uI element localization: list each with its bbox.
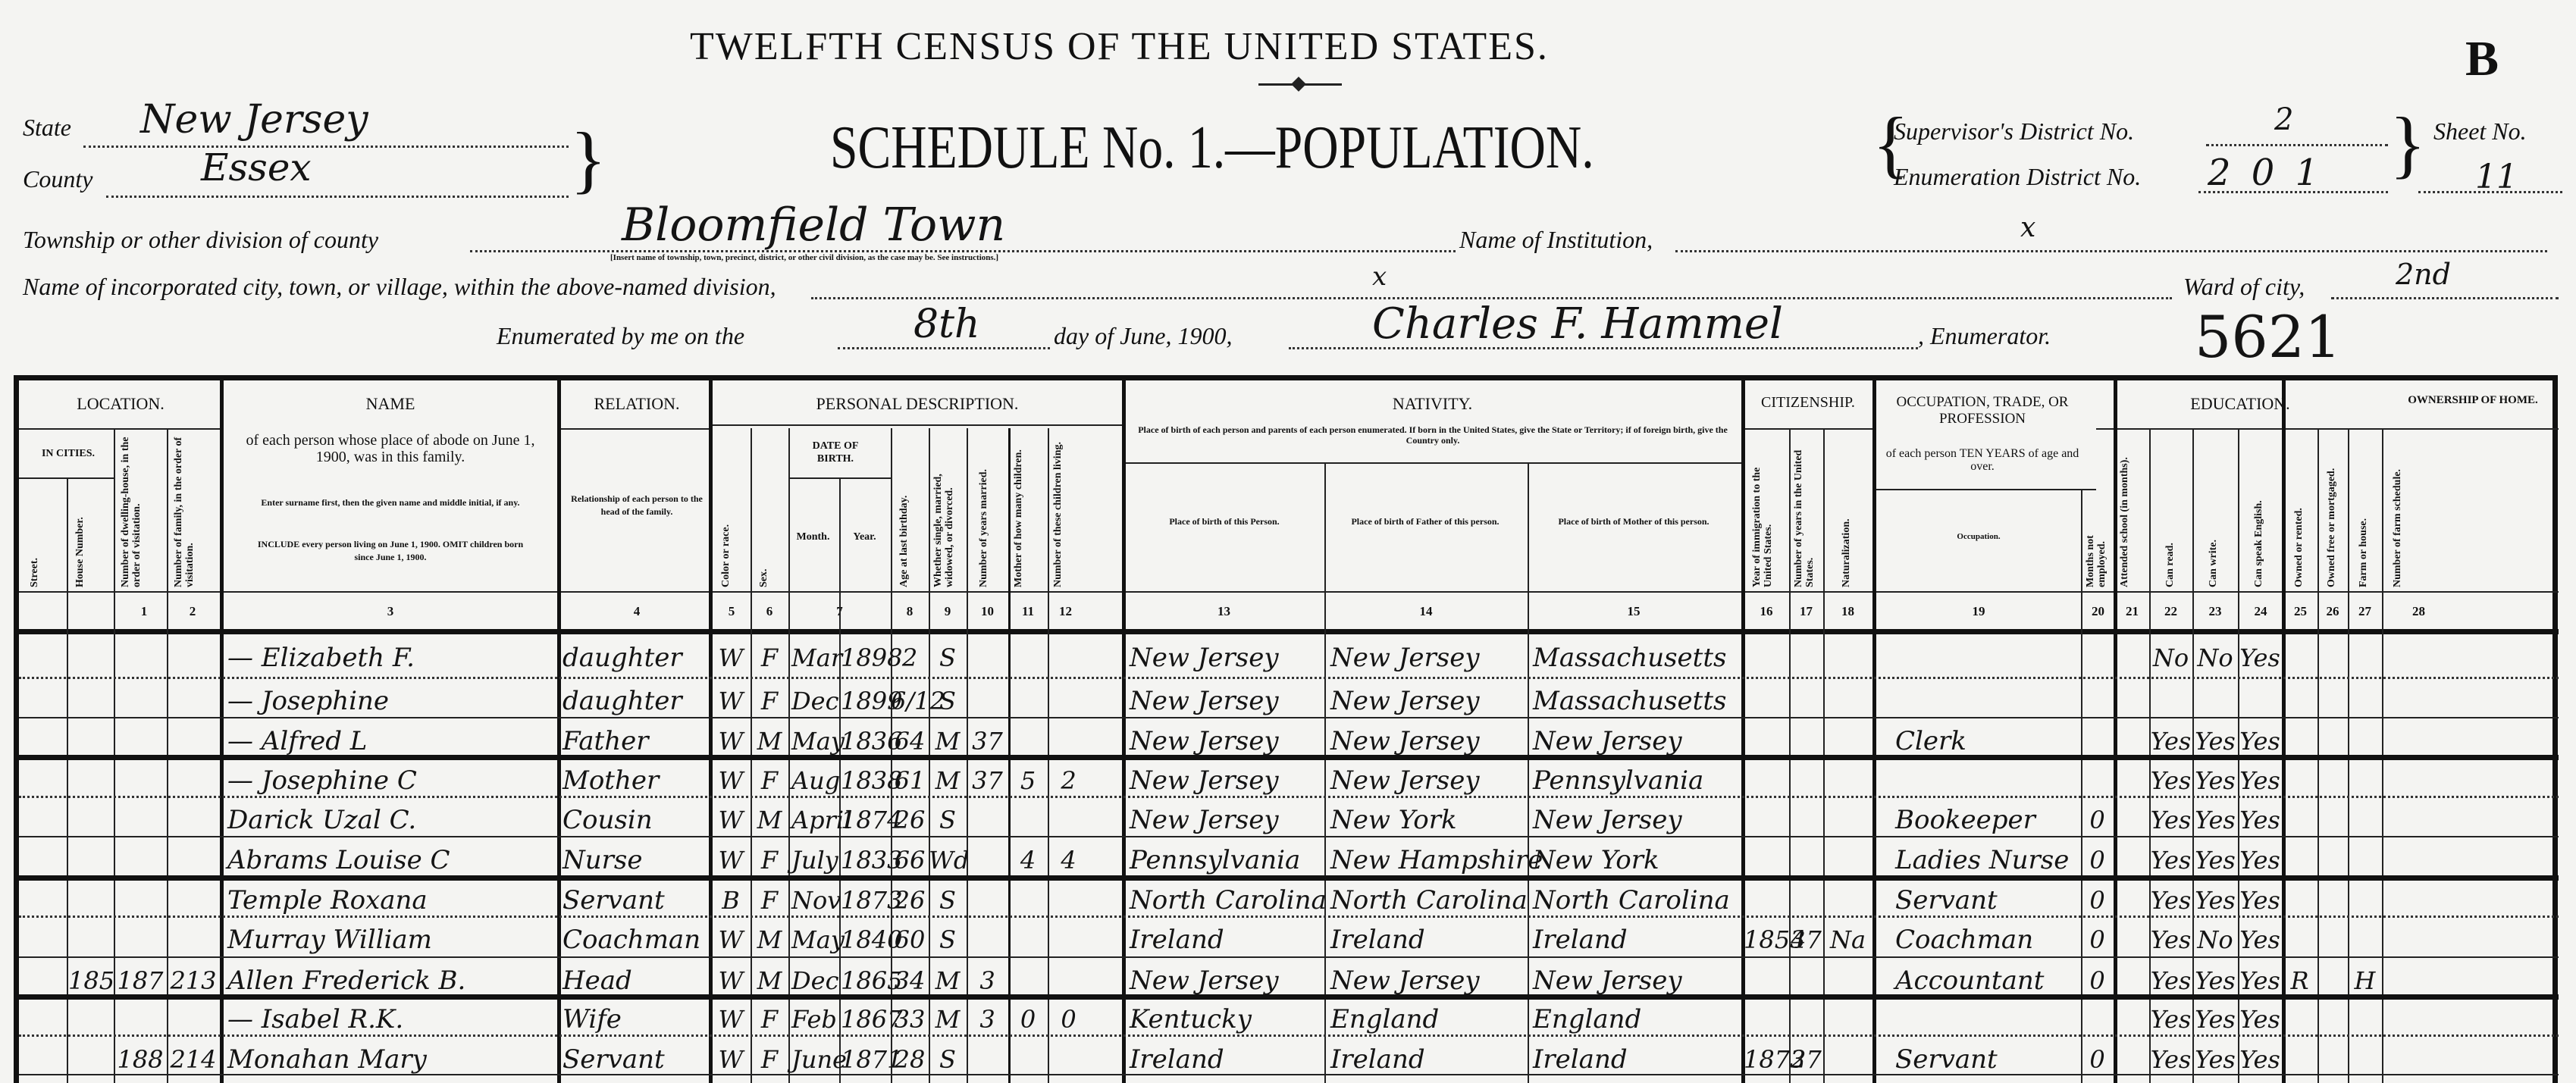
cell-birth-mother: New Jersey <box>1533 797 1739 843</box>
cell-birth-person: New Jersey <box>1130 758 1323 803</box>
cell-name: — Josephine <box>227 678 553 724</box>
cell-english: Yes <box>2238 1037 2282 1082</box>
colnum-4: 4 <box>561 604 713 619</box>
colnum-3: 3 <box>224 604 557 619</box>
cell-months-unemployed: 0 <box>2081 917 2114 962</box>
colhead-farm-schedule: Number of farm schedule. <box>2392 440 2403 587</box>
sheet-value: 11 <box>2475 158 2518 196</box>
section-occupation: OCCUPATION, TRADE, OR PROFESSION <box>1876 394 2089 427</box>
colhead-owned-free: Owned free or mortgaged. <box>2326 440 2337 587</box>
cell-birth-person: Ireland <box>1130 1037 1323 1082</box>
cell-immigration: 1853 <box>1744 917 1789 962</box>
enumeration-label: Enumeration District No. <box>1894 163 2141 191</box>
cell-relation: daughter <box>563 635 707 681</box>
colhead-attended-school: Attended school (in months). <box>2119 440 2148 587</box>
section-ownership: OWNERSHIP OF HOME. <box>2390 394 2556 407</box>
enumerated-label: Enumerated by me on the <box>497 322 744 350</box>
cell-months-unemployed: 0 <box>2081 878 2114 923</box>
ward-value: 2nd <box>2396 258 2451 291</box>
district-brace-right: } <box>2390 106 2426 182</box>
cell-name: Darick Uzal C. <box>227 797 553 843</box>
colnum-21: 21 <box>2115 604 2149 619</box>
colnum-18: 18 <box>1823 604 1872 619</box>
state-label: State <box>23 114 71 142</box>
cell-years-married: 3 <box>967 997 1008 1042</box>
cell-sex: F <box>751 837 788 883</box>
cell-occupation: Bookeeper <box>1895 797 2081 843</box>
section-name: NAME <box>224 394 557 414</box>
colnum-17: 17 <box>1789 604 1823 619</box>
cell-marital: S <box>929 917 967 962</box>
cell-age: 61 <box>891 758 929 803</box>
cell-year: 1867 <box>841 997 891 1042</box>
colnum-25: 25 <box>2283 604 2317 619</box>
cell-year: 1871 <box>841 1037 891 1082</box>
cell-write: Yes <box>2192 718 2238 764</box>
cell-month: Feb <box>791 997 839 1042</box>
cell-month: Aug <box>791 758 839 803</box>
colnum-15: 15 <box>1528 604 1740 619</box>
cell-birth-father: New York <box>1330 797 1526 843</box>
cell-year: 1840 <box>841 917 891 962</box>
cell-month: Mar <box>791 635 839 681</box>
stamp-number: 5621 <box>2195 303 2341 371</box>
colnum-22: 22 <box>2149 604 2192 619</box>
township-instruction: [Insert name of township, town, precinct… <box>610 253 998 262</box>
township-value: Bloomfield Town <box>622 199 1005 252</box>
cell-age: 64 <box>891 718 929 764</box>
cell-relation: Cousin <box>563 797 707 843</box>
cell-name: Temple Roxana <box>227 878 553 923</box>
sheet-letter: B <box>2465 30 2499 88</box>
cell-month: May <box>791 718 839 764</box>
cell-color: B <box>711 878 751 923</box>
enumerator-signature: Charles F. Hammel <box>1372 299 1783 349</box>
cell-sex: F <box>751 1037 788 1082</box>
institution-value: x <box>2020 212 2035 243</box>
cell-birth-person: Ireland <box>1130 917 1323 962</box>
cell-birth-father: New Jersey <box>1330 678 1526 724</box>
colnum-20: 20 <box>2081 604 2115 619</box>
cell-marital: S <box>929 678 967 724</box>
enumerated-day: 8th <box>914 302 979 347</box>
cell-relation: daughter <box>563 678 707 724</box>
cell-age: 28 <box>891 1037 929 1082</box>
cell-relation: Mother <box>563 758 707 803</box>
cell-year: 1833 <box>841 837 891 883</box>
cell-relation: Servant <box>563 878 707 923</box>
cell-write: Yes <box>2192 878 2238 923</box>
cell-birth-mother: New Jersey <box>1533 718 1739 764</box>
colnum-16: 16 <box>1744 604 1789 619</box>
cell-year: 1898 <box>841 635 891 681</box>
cell-birth-person: New Jersey <box>1130 797 1323 843</box>
cell-dwelling: 187 <box>114 958 167 1003</box>
schedule-title: SCHEDULE No. 1.—POPULATION. <box>830 114 1594 183</box>
cell-birth-mother: Ireland <box>1533 1037 1739 1082</box>
cell-living: 4 <box>1048 837 1089 883</box>
cell-birth-mother: Ireland <box>1533 917 1739 962</box>
cell-naturalization: Na <box>1823 917 1872 962</box>
colnum-10: 10 <box>967 604 1008 619</box>
cell-marital: S <box>929 797 967 843</box>
cell-color: W <box>711 678 751 724</box>
cell-year: 1899 <box>841 678 891 724</box>
cell-write: Yes <box>2192 1037 2238 1082</box>
cell-read: Yes <box>2149 758 2192 803</box>
cell-write: No <box>2192 635 2238 681</box>
cell-relation: Nurse <box>563 837 707 883</box>
cell-years-married: 37 <box>967 758 1008 803</box>
institution-field-line <box>1675 250 2547 252</box>
name-instruction-surname: Enter surname first, then the given name… <box>250 496 531 509</box>
relation-description: Relationship of each person to the head … <box>569 493 705 518</box>
colhead-house-number: House Number. <box>74 485 86 587</box>
cell-family: 214 <box>167 1037 220 1082</box>
name-description: of each person whose place of abode on J… <box>243 432 538 465</box>
cell-write: Yes <box>2192 758 2238 803</box>
cell-occupation: Coachman <box>1895 917 2081 962</box>
cell-sex: F <box>751 997 788 1042</box>
title-ornament-diamond-icon <box>1291 77 1306 92</box>
supervisor-value: 2 <box>2274 102 2293 137</box>
ward-label: Ward of city, <box>2183 273 2305 301</box>
cell-birth-person: Pennsylvania <box>1130 837 1323 883</box>
colhead-street: Street. <box>29 485 40 587</box>
cell-sex: F <box>751 878 788 923</box>
county-value: Essex <box>201 146 312 189</box>
cell-write: Yes <box>2192 797 2238 843</box>
cell-sex: F <box>751 758 788 803</box>
cell-write: No <box>2192 917 2238 962</box>
cell-birth-father: Ireland <box>1330 1037 1526 1082</box>
cell-relation: Father <box>563 718 707 764</box>
cell-birth-father: New Hampshire <box>1330 837 1526 883</box>
cell-age: 26 <box>891 797 929 843</box>
colhead-speak-english: Can speak English. <box>2253 440 2264 587</box>
cell-year: 1838 <box>841 758 891 803</box>
cell-month: Nov <box>791 878 839 923</box>
cell-birth-father: New Jersey <box>1330 635 1526 681</box>
colhead-can-read: Can read. <box>2164 440 2176 587</box>
cell-month: April <box>791 797 839 843</box>
incorporated-label: Name of incorporated city, town, or vill… <box>23 273 776 301</box>
cell-marital: S <box>929 878 967 923</box>
colnum-26: 26 <box>2317 604 2348 619</box>
cell-birth-mother: Pennsylvania <box>1533 758 1739 803</box>
cell-year: 1873 <box>841 878 891 923</box>
cell-color: W <box>711 997 751 1042</box>
colhead-naturalization: Naturalization. <box>1841 440 1852 587</box>
cell-sex: M <box>751 917 788 962</box>
cell-sex: M <box>751 797 788 843</box>
sheet-label: Sheet No. <box>2433 117 2527 146</box>
colhead-immigration-year: Year of immigration to the United States… <box>1751 440 1782 587</box>
cell-read: Yes <box>2149 878 2192 923</box>
section-location: LOCATION. <box>21 394 220 414</box>
cell-mother-of: 5 <box>1008 758 1048 803</box>
cell-mother-of: 0 <box>1008 997 1048 1042</box>
cell-color: W <box>711 635 751 681</box>
cell-months-unemployed: 0 <box>2081 958 2114 1003</box>
colnum-1: 1 <box>114 604 174 619</box>
cell-read: Yes <box>2149 837 2192 883</box>
colnum-5: 5 <box>713 604 751 619</box>
cell-age: 6/12 <box>891 678 929 724</box>
colhead-dwelling: Number of dwelling-house, in the order o… <box>120 432 161 587</box>
colhead-mother-children: Mother of how many children. <box>1013 432 1043 587</box>
name-instruction-include: INCLUDE every person living on June 1, 1… <box>250 538 531 564</box>
cell-age: 66 <box>891 837 929 883</box>
cell-english: Yes <box>2238 837 2282 883</box>
cell-sex: M <box>751 718 788 764</box>
cell-birth-father: New Jersey <box>1330 758 1526 803</box>
cell-name: — Josephine C <box>227 758 553 803</box>
cell-color: W <box>711 1037 751 1082</box>
colhead-years-in-us: Number of years in the United States. <box>1793 440 1822 587</box>
cell-month: June <box>791 1037 839 1082</box>
cell-read: Yes <box>2149 797 2192 843</box>
cell-english: Yes <box>2238 758 2282 803</box>
cell-year: 1836 <box>841 718 891 764</box>
cell-color: W <box>711 797 751 843</box>
census-title: TWELFTH CENSUS OF THE UNITED STATES. <box>690 24 1549 69</box>
colnum-11: 11 <box>1008 604 1048 619</box>
cell-dwelling: 188 <box>114 1037 167 1082</box>
cell-color: W <box>711 917 751 962</box>
cell-marital: S <box>929 635 967 681</box>
cell-months-unemployed: 0 <box>2081 837 2114 883</box>
cell-month: Dec <box>791 678 839 724</box>
cell-name: — Alfred L <box>227 718 553 764</box>
colhead-years-married: Number of years married. <box>978 432 989 587</box>
cell-name: Murray William <box>227 917 553 962</box>
cell-relation: Wife <box>563 997 707 1042</box>
cell-sex: F <box>751 635 788 681</box>
colhead-can-write: Can write. <box>2208 440 2219 587</box>
cell-birth-father: North Carolina <box>1330 878 1526 923</box>
enumerated-day-line <box>838 347 1050 349</box>
cell-occupation: Accountant <box>1895 958 2081 1003</box>
colhead-marital: Whether single, married, widowed, or div… <box>932 432 963 587</box>
cell-month: July <box>791 837 839 883</box>
cell-farm: H <box>2348 958 2382 1003</box>
colhead-birth-person: Place of birth of this Person. <box>1137 515 1312 528</box>
colnum-2: 2 <box>167 604 218 619</box>
cell-marital: Wd <box>929 837 967 883</box>
township-label: Township or other division of county <box>23 226 378 254</box>
cell-birth-person: New Jersey <box>1130 635 1323 681</box>
state-value: New Jersey <box>140 97 368 142</box>
colhead-birth-mother: Place of birth of Mother of this person. <box>1539 515 1728 528</box>
colhead-farm-house: Farm or house. <box>2358 440 2369 587</box>
enumeration-value: 2 0 1 <box>2208 152 2323 194</box>
cell-english: Yes <box>2238 718 2282 764</box>
ward-field-line <box>2331 297 2559 299</box>
cell-birth-father: England <box>1330 997 1526 1042</box>
cell-birth-mother: England <box>1533 997 1739 1042</box>
cell-sex: F <box>751 678 788 724</box>
cell-marital: M <box>929 758 967 803</box>
enumerated-month-year: day of June, 1900, <box>1054 322 1233 350</box>
state-county-brace: } <box>570 121 606 197</box>
cell-mother-of: 4 <box>1008 837 1048 883</box>
cell-english: Yes <box>2238 997 2282 1042</box>
cell-marital: M <box>929 718 967 764</box>
colhead-children-living: Number of these children living. <box>1052 432 1083 587</box>
colnum-9: 9 <box>929 604 967 619</box>
cell-birth-mother: North Carolina <box>1533 878 1739 923</box>
cell-read: Yes <box>2149 997 2192 1042</box>
cell-relation: Servant <box>563 1037 707 1082</box>
section-personal-description: PERSONAL DESCRIPTION. <box>713 394 1122 414</box>
cell-english: Yes <box>2238 917 2282 962</box>
institution-label: Name of Institution, <box>1459 226 1653 254</box>
colnum-14: 14 <box>1324 604 1528 619</box>
cell-name: — Isabel R.K. <box>227 997 553 1042</box>
cell-english: Yes <box>2238 635 2282 681</box>
cell-color: W <box>711 837 751 883</box>
cell-occupation: Ladies Nurse <box>1895 837 2081 883</box>
cell-read: Yes <box>2149 917 2192 962</box>
colhead-owned-rented: Owned or rented. <box>2293 440 2305 587</box>
cell-color: W <box>711 718 751 764</box>
cell-months-unemployed: 0 <box>2081 797 2114 843</box>
colnum-28: 28 <box>2382 604 2576 619</box>
cell-years-us: 47 <box>1789 917 1823 962</box>
colhead-family: Number of family, in the order of visita… <box>173 432 207 587</box>
colhead-month: Month. <box>788 531 838 543</box>
cell-read: Yes <box>2149 718 2192 764</box>
cell-year: 1874 <box>841 797 891 843</box>
colhead-months-unemployed: Months not employed. <box>2085 493 2114 587</box>
cell-living: 0 <box>1048 997 1089 1042</box>
cell-marital: M <box>929 997 967 1042</box>
colnum-19: 19 <box>1876 604 2081 619</box>
cell-birth-father: New Jersey <box>1330 718 1526 764</box>
county-label: County <box>23 165 92 193</box>
cell-years-married: 37 <box>967 718 1008 764</box>
cell-color: W <box>711 758 751 803</box>
cell-english: Yes <box>2238 797 2282 843</box>
cell-birth-mother: Massachusetts <box>1533 635 1739 681</box>
incorporated-value: x <box>1372 261 1387 292</box>
cell-occupation: Clerk <box>1895 718 2081 764</box>
cell-occupation: Servant <box>1895 878 2081 923</box>
colnum-27: 27 <box>2348 604 2382 619</box>
county-field-line <box>106 196 569 198</box>
section-citizenship: CITIZENSHIP. <box>1744 394 1872 412</box>
cell-years-us: 27 <box>1789 1037 1823 1082</box>
subheader-in-cities: IN CITIES. <box>23 447 114 460</box>
cell-birth-mother: Massachusetts <box>1533 678 1739 724</box>
state-field-line <box>83 146 569 148</box>
cell-owned: R <box>2282 958 2317 1003</box>
colhead-occupation: Occupation. <box>1880 531 2077 543</box>
section-education: EDUCATION. <box>2092 394 2388 414</box>
cell-age: 60 <box>891 917 929 962</box>
colnum-8: 8 <box>891 604 929 619</box>
colhead-sex: Sex. <box>758 485 769 587</box>
section-nativity: NATIVITY. <box>1123 394 1741 414</box>
cell-birth-father: Ireland <box>1330 917 1526 962</box>
colhead-year: Year. <box>840 531 889 543</box>
section-relation: RELATION. <box>561 394 713 414</box>
header-body-divider <box>19 629 2559 634</box>
colnum-24: 24 <box>2238 604 2283 619</box>
colhead-age: Age at last birthday. <box>898 432 910 587</box>
cell-family: 213 <box>167 958 220 1003</box>
cell-marital: S <box>929 1037 967 1082</box>
cell-house: 185 <box>68 958 114 1003</box>
subheader-date-of-birth: DATE OF BIRTH. <box>798 440 873 465</box>
cell-month: May <box>791 917 839 962</box>
cell-name: Monahan Mary <box>227 1037 553 1082</box>
cell-write: Yes <box>2192 837 2238 883</box>
cell-name: Abrams Louise C <box>227 837 553 883</box>
enumerator-label: , Enumerator. <box>1918 322 2051 350</box>
cell-name: — Elizabeth F. <box>227 635 553 681</box>
cell-months-unemployed: 0 <box>2081 1037 2114 1082</box>
colhead-color: Color or race. <box>720 485 732 587</box>
colnum-13: 13 <box>1123 604 1324 619</box>
cell-age: 26 <box>891 878 929 923</box>
cell-relation: Coachman <box>563 917 707 962</box>
cell-age: 2 <box>891 635 929 681</box>
colhead-birth-father: Place of birth of Father of this person. <box>1334 515 1516 528</box>
colnum-23: 23 <box>2192 604 2238 619</box>
cell-read: No <box>2149 635 2192 681</box>
supervisor-field-line <box>2206 144 2388 146</box>
colnum-6: 6 <box>751 604 788 619</box>
occupation-description: of each person TEN YEARS of age and over… <box>1880 447 2085 473</box>
cell-birth-person: New Jersey <box>1130 678 1323 724</box>
nativity-description: Place of birth of each person and parent… <box>1126 424 1740 446</box>
cell-immigration: 1873 <box>1744 1037 1789 1082</box>
cell-read: Yes <box>2149 1037 2192 1082</box>
cell-birth-person: North Carolina <box>1130 878 1323 923</box>
cell-birth-person: New Jersey <box>1130 718 1323 764</box>
cell-occupation: Servant <box>1895 1037 2081 1082</box>
cell-birth-person: Kentucky <box>1130 997 1323 1042</box>
cell-english: Yes <box>2238 878 2282 923</box>
cell-write: Yes <box>2192 997 2238 1042</box>
cell-age: 33 <box>891 997 929 1042</box>
supervisor-label: Supervisor's District No. <box>1894 117 2134 146</box>
cell-birth-mother: New York <box>1533 837 1739 883</box>
cell-living: 2 <box>1048 758 1089 803</box>
